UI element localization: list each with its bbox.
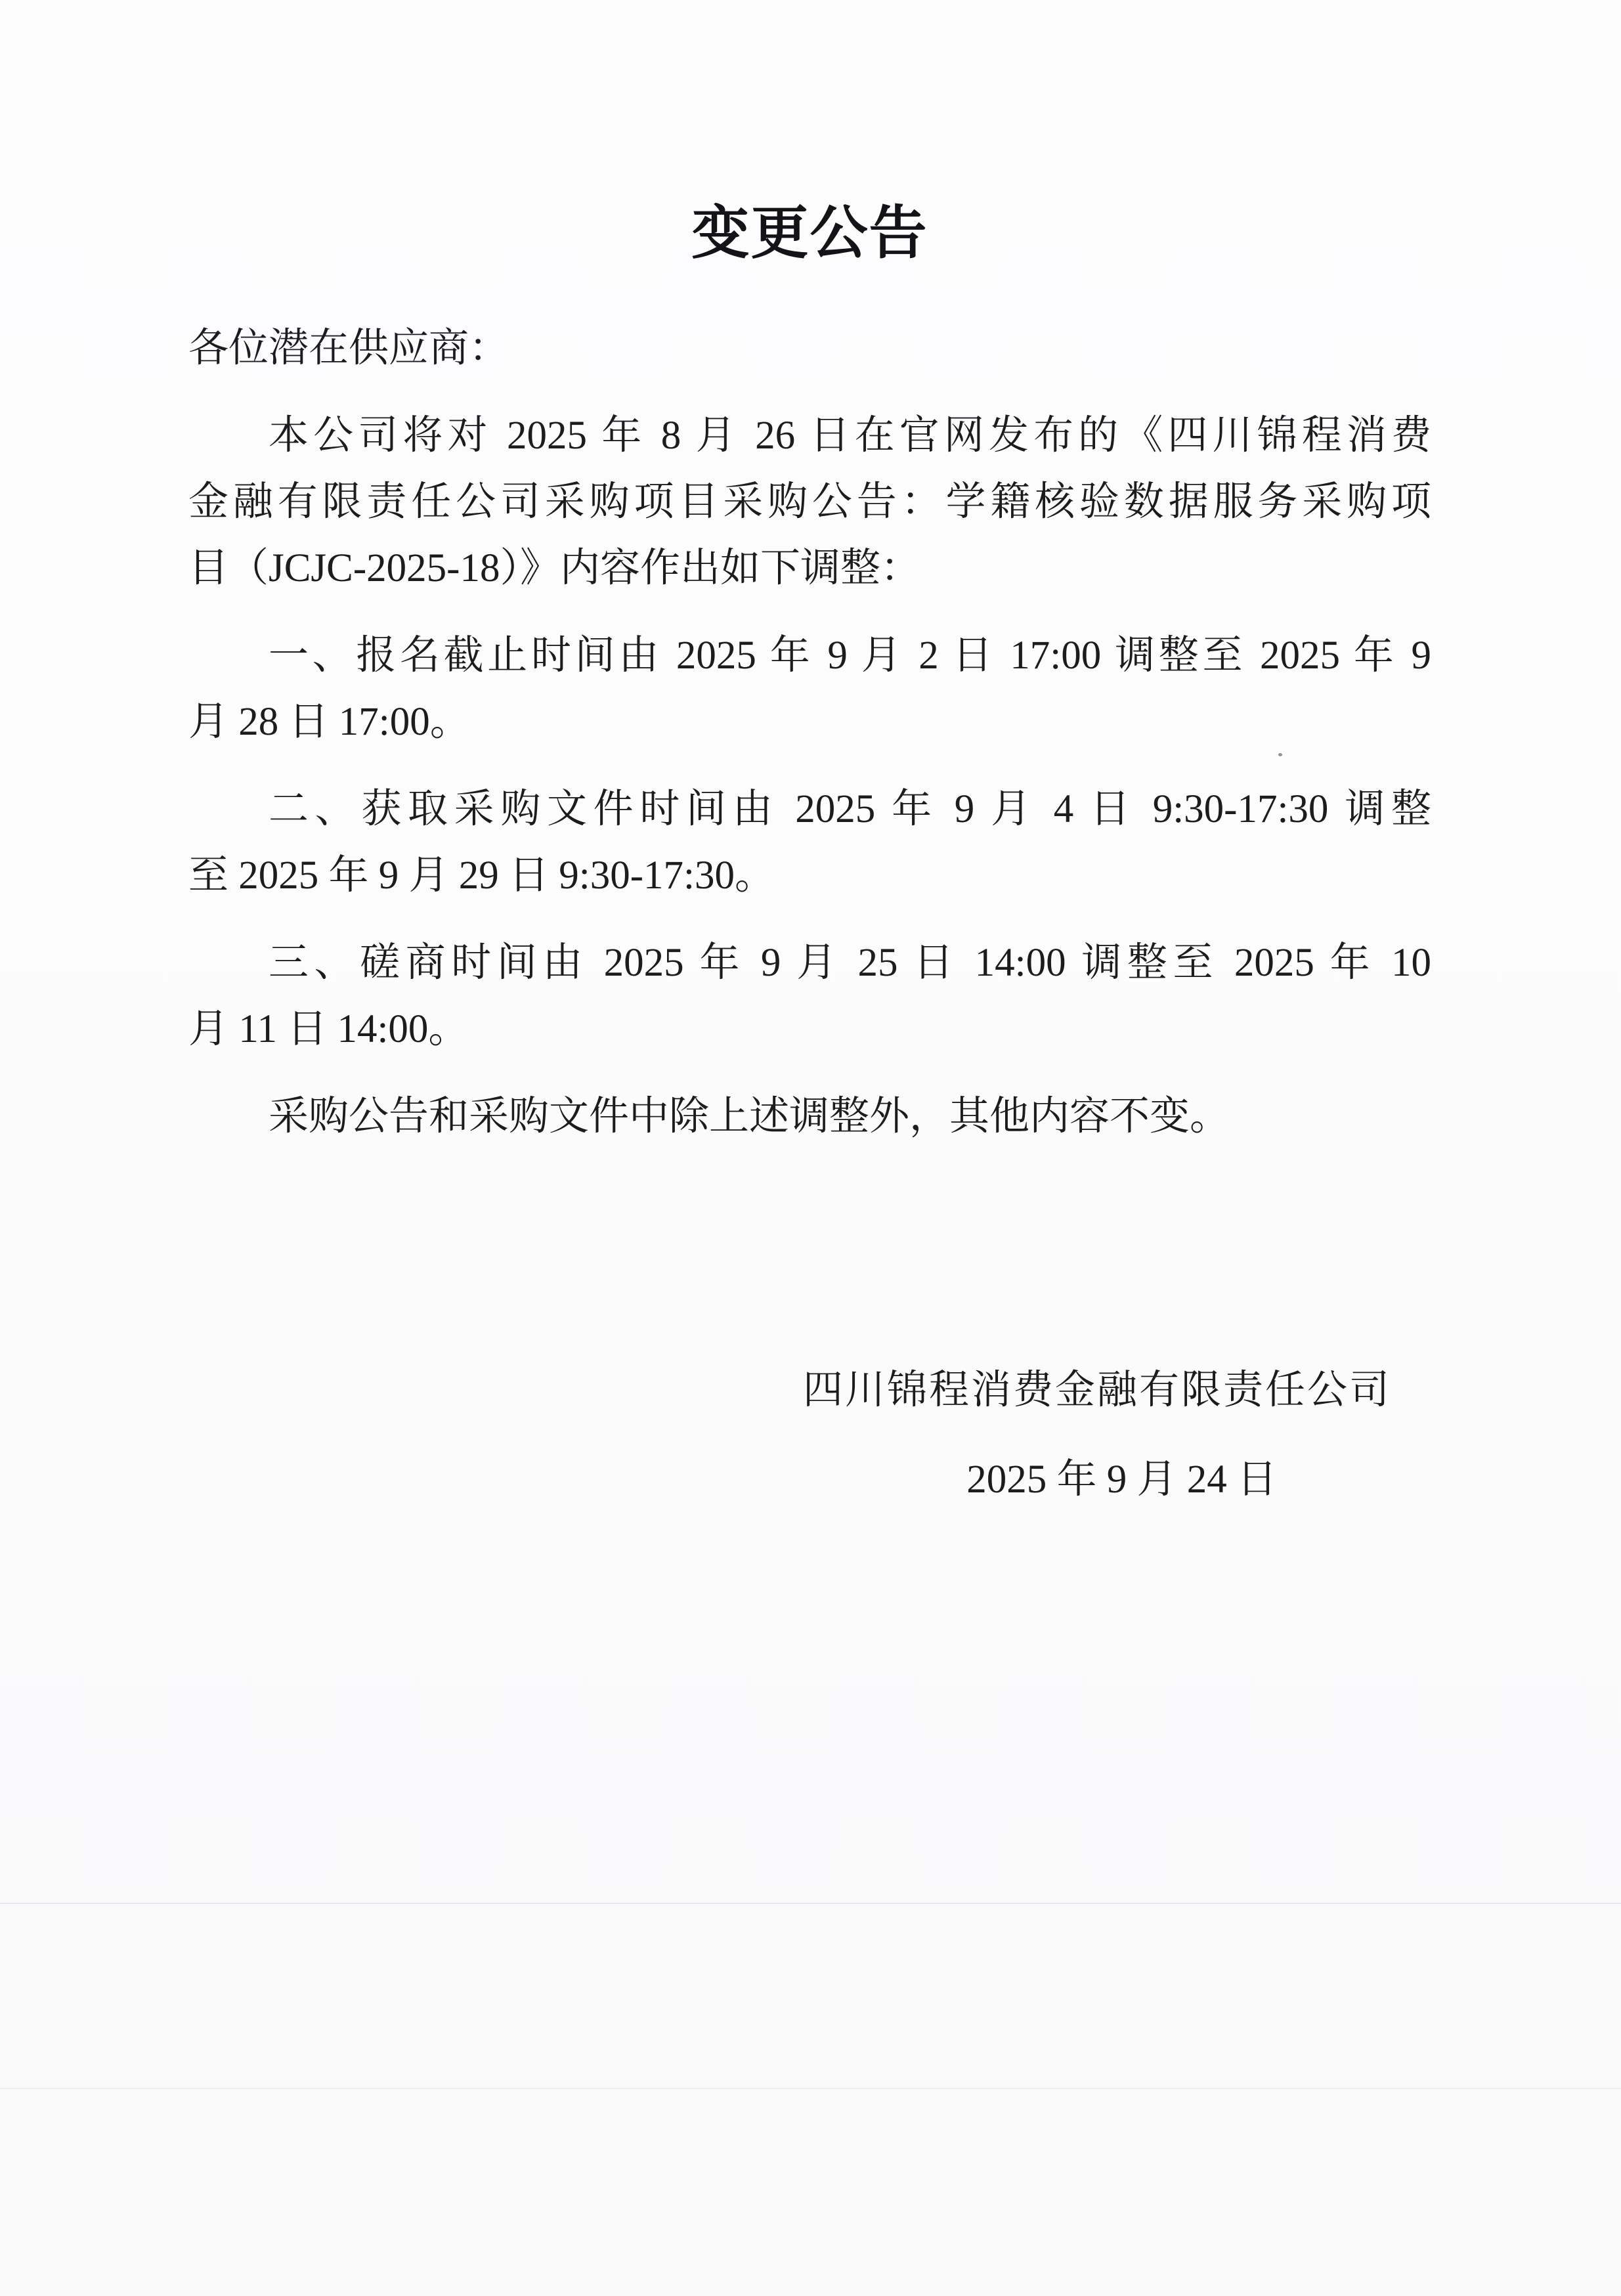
paragraph-line: 三、磋商时间由 2025 年 9 月 25 日 14:00 调整至 2025 年… <box>188 930 1431 996</box>
scan-artifact-line <box>0 2088 1621 2089</box>
signature-date: 2025 年 9 月 24 日 <box>188 1446 1431 1513</box>
paragraph: 二、获取采购文件时间由 2025 年 9 月 4 日 9:30-17:30 调整… <box>188 776 1431 909</box>
paragraph: 一、报名截止时间由 2025 年 9 月 2 日 17:00 调整至 2025 … <box>188 622 1431 755</box>
paragraph-line: 一、报名截止时间由 2025 年 9 月 2 日 17:00 调整至 2025 … <box>188 622 1431 689</box>
paragraph-line: 二、获取采购文件时间由 2025 年 9 月 4 日 9:30-17:30 调整 <box>188 776 1431 842</box>
paragraph-line: 金融有限责任公司采购项目采购公告：学籍核验数据服务采购项 <box>188 469 1431 535</box>
paragraph-line: 月 28 日 17:00。 <box>188 689 1431 755</box>
document-page: 变更公告 各位潜在供应商： 本公司将对 2025 年 8 月 26 日在官网发布… <box>0 0 1621 2296</box>
paragraph-line: 目（JCJC-2025-18）》内容作出如下调整： <box>188 535 1431 601</box>
scan-artifact-dot <box>1278 753 1282 756</box>
paragraph-line: 月 11 日 14:00。 <box>188 996 1431 1062</box>
paragraph: 采购公告和采购文件中除上述调整外，其他内容不变。 <box>188 1083 1431 1150</box>
page-title: 变更公告 <box>188 197 1431 269</box>
signature-block: 四川锦程消费金融有限责任公司 2025 年 9 月 24 日 <box>188 1357 1431 1513</box>
paragraph: 三、磋商时间由 2025 年 9 月 25 日 14:00 调整至 2025 年… <box>188 930 1431 1062</box>
scan-artifact-line <box>0 1903 1621 1904</box>
paragraph: 本公司将对 2025 年 8 月 26 日在官网发布的《四川锦程消费 金融有限责… <box>188 402 1431 601</box>
paragraph-line: 至 2025 年 9 月 29 日 9:30-17:30。 <box>188 842 1431 909</box>
paragraph-line: 本公司将对 2025 年 8 月 26 日在官网发布的《四川锦程消费 <box>188 402 1431 469</box>
signature-company: 四川锦程消费金融有限责任公司 <box>188 1357 1431 1423</box>
salutation: 各位潜在供应商： <box>188 315 1431 381</box>
paragraph-line: 采购公告和采购文件中除上述调整外，其他内容不变。 <box>188 1083 1431 1150</box>
